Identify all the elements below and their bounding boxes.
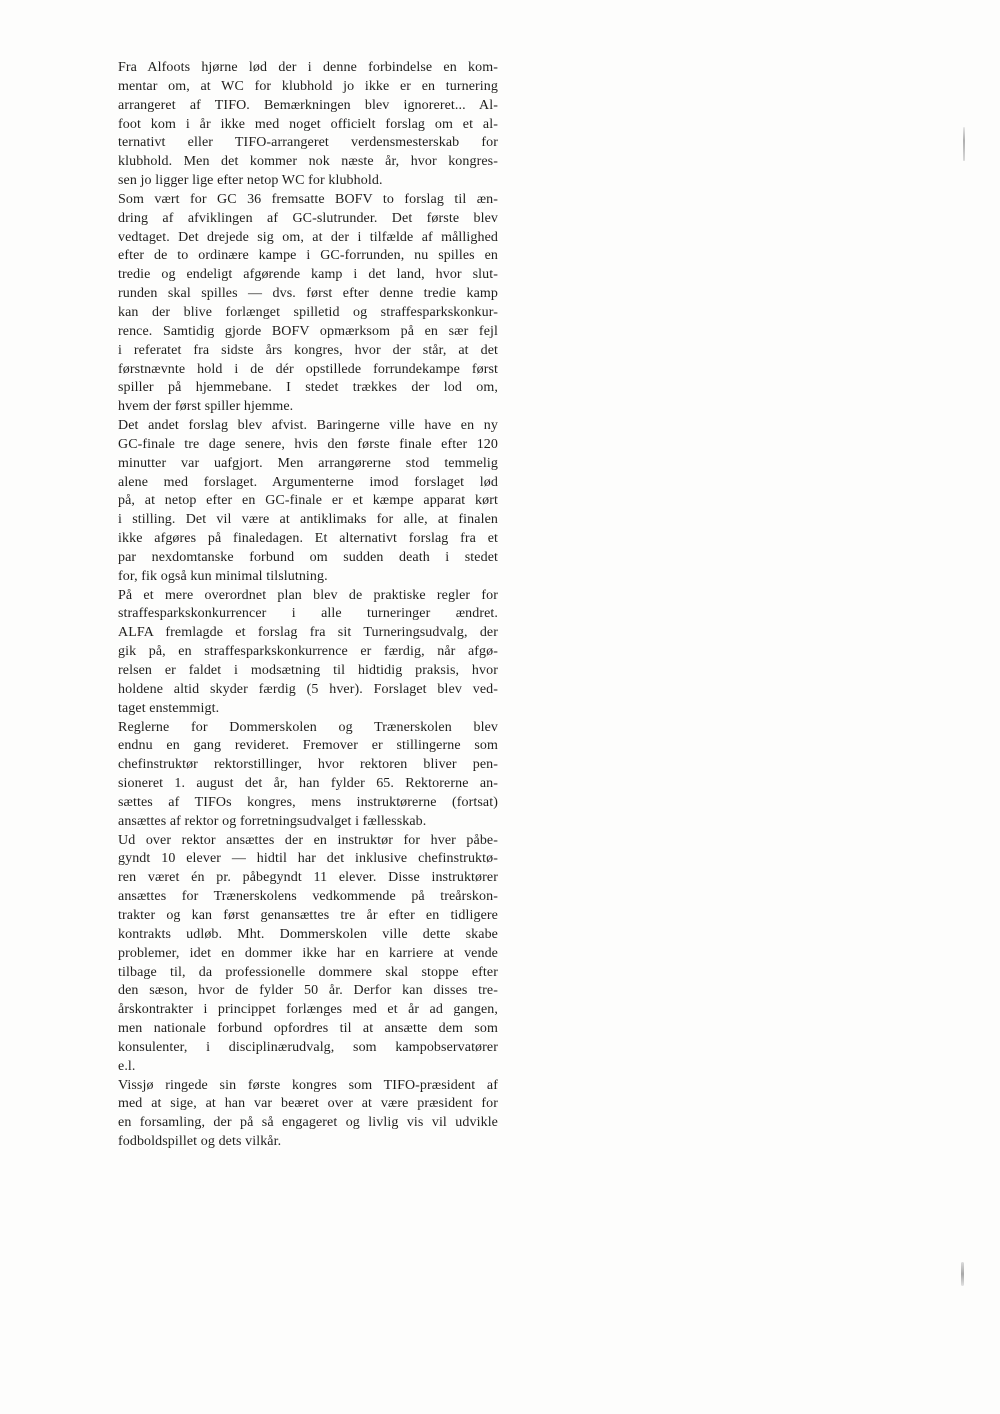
text-line: spiller på hjemmebane. I stedet trækkes … [118, 379, 498, 398]
text-line: konsulenter, i disciplinærudvalg, som ka… [118, 1039, 498, 1058]
text-line: klubhold. Men det kommer nok næste år, h… [118, 153, 498, 172]
text-line: runden skal spilles — dvs. først efter d… [118, 285, 498, 304]
text-line: sioneret 1. august det år, han fylder 65… [118, 775, 498, 794]
paragraph: Reglerne for Dommerskolen og Trænerskole… [118, 719, 498, 832]
text-line: på, at netop efter en GC-finale er et kæ… [118, 492, 498, 511]
text-line: Det andet forslag blev afvist. Baringern… [118, 417, 498, 436]
scan-artifact-bottom-right [961, 1262, 964, 1286]
text-line: ikke afgøres på finaledagen. Et alternat… [118, 530, 498, 549]
paragraph: På et mere overordnet plan blev de prakt… [118, 587, 498, 719]
text-line: den sæson, hvor de fylder 50 år. Derfor … [118, 982, 498, 1001]
text-line: mentar om, at WC for klubhold jo ikke er… [118, 78, 498, 97]
text-line: holdene altid skyder færdig (5 hver). Fo… [118, 681, 498, 700]
paragraph: Ud over rektor ansættes der en instruktø… [118, 832, 498, 1077]
text-line: GC-finale tre dage senere, hvis den førs… [118, 436, 498, 455]
text-line: trakter og kan først genansættes tre år … [118, 907, 498, 926]
text-line: hvem der først spiller hjemme. [118, 398, 498, 417]
text-line: årskontrakter i princippet forlænges med… [118, 1001, 498, 1020]
text-line: gik på, en straffesparkskonkurrence er f… [118, 643, 498, 662]
paragraph: Det andet forslag blev afvist. Baringern… [118, 417, 498, 587]
text-line: Vissjø ringede sin første kongres som TI… [118, 1077, 498, 1096]
text-line: Fra Alfoots hjørne lød der i denne forbi… [118, 59, 498, 78]
scan-artifact-top-right [963, 127, 965, 161]
text-line: sættes af TIFOs kongres, mens instruktør… [118, 794, 498, 813]
text-line: Ud over rektor ansættes der en instruktø… [118, 832, 498, 851]
text-line: problemer, idet en dommer ikke har en ka… [118, 945, 498, 964]
text-line: med at sige, at han var beæret over at v… [118, 1095, 498, 1114]
text-line: fodboldspillet og dets vilkår. [118, 1133, 498, 1152]
text-line: chefinstruktør rektorstillinger, hvor re… [118, 756, 498, 775]
text-line: alene med forslaget. Argumenterne imod f… [118, 474, 498, 493]
document-page: Fra Alfoots hjørne lød der i denne forbi… [0, 0, 1000, 1414]
text-line: minutter var uafgjort. Men arrangørerne … [118, 455, 498, 474]
text-line: for, fik også kun minimal tilslutning. [118, 568, 498, 587]
text-line: Som vært for GC 36 fremsatte BOFV to for… [118, 191, 498, 210]
text-line: e.l. [118, 1058, 498, 1077]
paragraph: Fra Alfoots hjørne lød der i denne forbi… [118, 59, 498, 191]
text-line: Reglerne for Dommerskolen og Trænerskole… [118, 719, 498, 738]
text-line: kontrakts udløb. Mht. Dommerskolen ville… [118, 926, 498, 945]
text-line: tredie og endeligt afgørende kamp i det … [118, 266, 498, 285]
paragraph: Vissjø ringede sin første kongres som TI… [118, 1077, 498, 1152]
text-line: ALFA fremlagde et forslag fra sit Turner… [118, 624, 498, 643]
text-line: gyndt 10 elever — hidtil har det inklusi… [118, 850, 498, 869]
text-line: efter de to ordinære kampe i GC-forrunde… [118, 247, 498, 266]
text-line: sen jo ligger lige efter netop WC for kl… [118, 172, 498, 191]
text-line: foot kom i år ikke med noget officielt f… [118, 116, 498, 135]
text-line: i referatet fra sidste års kongres, hvor… [118, 342, 498, 361]
text-line: i stilling. Det vil være at antiklimaks … [118, 511, 498, 530]
text-line: vedtaget. Det drejede sig om, at der i t… [118, 229, 498, 248]
text-line: en forsamling, der på så engageret og li… [118, 1114, 498, 1133]
text-line: straffesparkskonkurrencer i alle turneri… [118, 605, 498, 624]
text-line: tilbage til, da professionelle dommere s… [118, 964, 498, 983]
text-line: førstnævnte hold i de dér opstillede for… [118, 361, 498, 380]
text-line: relsen er faldet i modsætning til hidtid… [118, 662, 498, 681]
text-line: kan der blive forlænget spilletid og str… [118, 304, 498, 323]
text-line: taget enstemmigt. [118, 700, 498, 719]
text-line: ren været én pr. påbegyndt 11 elever. Di… [118, 869, 498, 888]
paragraph: Som vært for GC 36 fremsatte BOFV to for… [118, 191, 498, 417]
text-line: rence. Samtidig gjorde BOFV opmærksom på… [118, 323, 498, 342]
text-line: ansættes af rektor og forretningsudvalge… [118, 813, 498, 832]
text-line: par nexdomtanske forbund om sudden death… [118, 549, 498, 568]
text-line: men nationale forbund opfordres til at a… [118, 1020, 498, 1039]
text-line: ansættes for Trænerskolens vedkommende p… [118, 888, 498, 907]
text-line: På et mere overordnet plan blev de prakt… [118, 587, 498, 606]
text-line: arrangeret af TIFO. Bemærkningen blev ig… [118, 97, 498, 116]
text-block: Fra Alfoots hjørne lød der i denne forbi… [118, 59, 498, 1152]
text-line: dring af afviklingen af GC-slutrunder. D… [118, 210, 498, 229]
text-line: ternativt eller TIFO-arrangeret verdensm… [118, 134, 498, 153]
text-line: endnu en gang revideret. Fremover er sti… [118, 737, 498, 756]
